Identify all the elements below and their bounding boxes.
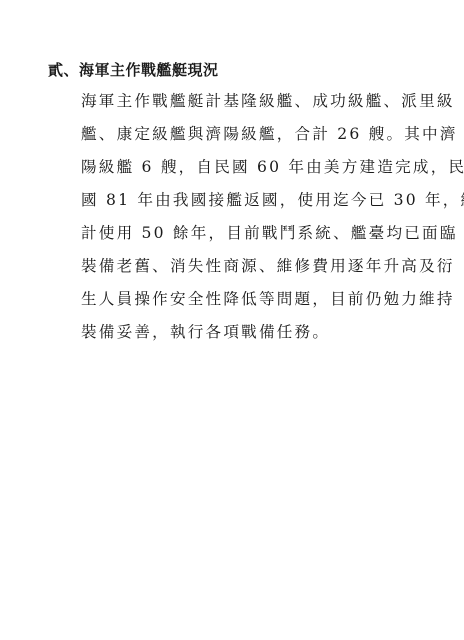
paragraph-line: 生人員操作安全性降低等問題，目前仍勉力維持 bbox=[81, 289, 455, 309]
paragraph-line: 國 81 年由我國接艦返國，使用迄今已 30 年，總 bbox=[81, 190, 464, 210]
paragraph-line: 裝備妥善，執行各項戰備任務。 bbox=[81, 322, 330, 342]
paragraph-line: 裝備老舊、消失性商源、維修費用逐年升高及衍 bbox=[81, 256, 455, 276]
paragraph-line: 計使用 50 餘年，目前戰鬥系統、艦臺均已面臨 bbox=[81, 223, 458, 243]
paragraph-line: 陽級艦 6 艘，自民國 60 年由美方建造完成，民 bbox=[81, 157, 464, 177]
paragraph-line: 艦、康定級艦與濟陽級艦，合計 26 艘。其中濟 bbox=[81, 124, 458, 144]
section-heading-2: 貳、海軍主作戰艦艇現況 bbox=[48, 60, 219, 80]
paragraph-line: 海軍主作戰艦艇計基隆級艦、成功級艦、派里級 bbox=[81, 91, 455, 111]
